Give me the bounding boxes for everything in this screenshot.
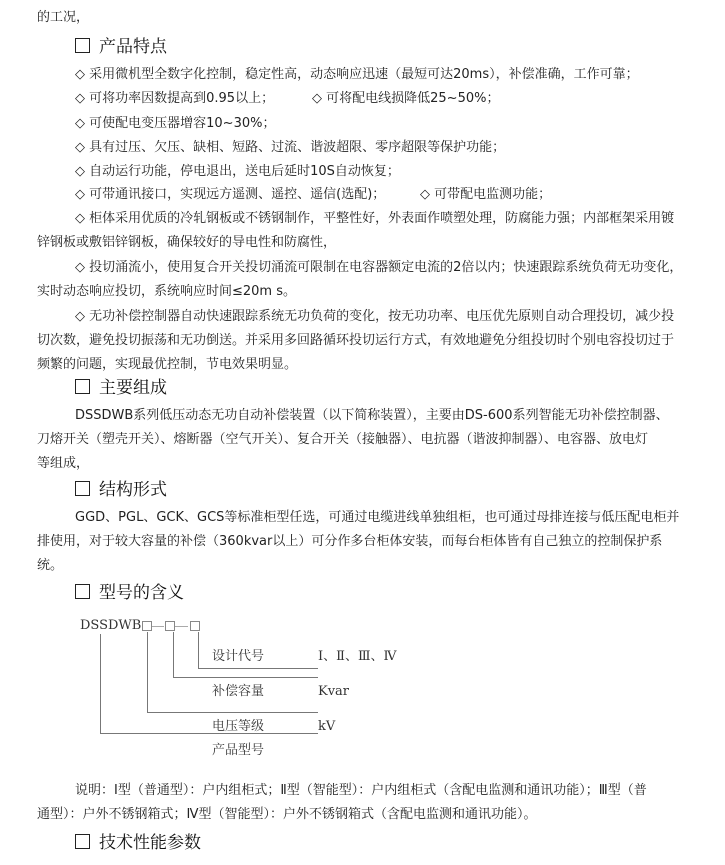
leader-line-capacity: [173, 632, 174, 677]
diagram-value: Kvar: [318, 684, 349, 700]
model-note: 说明：Ⅰ型（普通型）：户内组柜式；Ⅱ型（智能型）：户内组柜式（含配电监测和通讯功…: [75, 783, 647, 799]
diagram-label: 设计代号: [212, 649, 264, 665]
model-prefix: DSSDWB-: [80, 618, 146, 634]
diagram-value: kV: [318, 719, 335, 735]
composition-text: DSSDWB系列低压动态无功自动补偿装置（以下简称装置），主要由DS-600系列…: [75, 408, 669, 424]
feature-item-continued: 锌钢板或敷铝锌钢板，确保较好的导电性和防腐性，: [37, 235, 336, 251]
feature-item-continued: 频繁的问题，实现最优控制，节电效果明显。: [37, 357, 297, 373]
feature-item: ◇ 无功补偿控制器自动快速跟踪系统无功负荷的变化，按无功功率、电压优先原则自动合…: [75, 309, 674, 325]
feature-item-continued: 实时动态响应投切，系统响应时间≤20m s。: [37, 284, 296, 300]
section-heading-features: 产品特点: [75, 37, 167, 57]
model-slot-voltage: [142, 621, 152, 631]
structure-text: GGD、PGL、GCK、GCS等标准柜型任选，可通过电缆进线单独组柜，也可通过母…: [75, 510, 679, 526]
connector-line: [175, 626, 188, 627]
section-heading-composition: 主要组成: [75, 378, 167, 398]
feature-item: ◇ 可将配电线损降低25~50%；: [312, 91, 499, 107]
diagram-label: 产品型号: [212, 743, 264, 759]
leader-line-product: [100, 634, 101, 734]
leader-line-capacity: [173, 677, 318, 678]
checkbox-square-icon: [75, 584, 90, 599]
diagram-label: 补偿容量: [212, 684, 264, 700]
feature-item: ◇ 投切涌流小，使用复合开关投切涌流可限制在电容器额定电流的2倍以内；快速跟踪系…: [75, 260, 682, 276]
structure-text: 统。: [37, 558, 63, 574]
intro-tail-text: 的工况，: [37, 10, 89, 26]
feature-item: ◇ 可使配电变压器增容10~30%；: [75, 116, 275, 132]
feature-item: ◇ 自动运行功能，停电退出，送电后延时10S自动恢复；: [75, 164, 400, 180]
diagram-value: Ⅰ、Ⅱ、Ⅲ、Ⅳ: [318, 649, 397, 665]
model-note: 通型）：户外不锈钢箱式；Ⅳ型（智能型）：户外不锈钢箱式（含配电监测和通讯功能）。: [37, 807, 537, 823]
leader-line-voltage: [147, 632, 148, 713]
section-heading-tech: 技术性能参数: [75, 833, 201, 853]
feature-item-continued: 切次数，避免投切振荡和无功倒送。并采用多回路循环投切运行方式，有效地避免分组投切…: [37, 333, 674, 349]
feature-item: ◇ 可带配电监测功能；: [420, 187, 551, 203]
structure-text: 排使用，对于较大容量的补偿（360kvar以上）可分作多台柜体安装，而每台柜体皆…: [37, 534, 662, 550]
checkbox-square-icon: [75, 834, 90, 849]
feature-item: ◇ 具有过压、欠压、缺相、短路、过流、谐波超限、零序超限等保护功能；: [75, 140, 505, 156]
section-heading-model: 型号的含义: [75, 583, 184, 603]
composition-text: 刀熔开关（塑壳开关）、熔断器（空气开关）、复合开关（接触器）、电抗器（谐波抑制器…: [37, 432, 648, 448]
checkbox-square-icon: [75, 481, 90, 496]
leader-line-product: [100, 733, 318, 734]
feature-item: ◇ 采用微机型全数字化控制，稳定性高，动态响应迅速（最短可达20ms），补偿准确…: [75, 67, 639, 83]
diagram-label: 电压等级: [212, 719, 264, 735]
connector-line: [152, 626, 164, 627]
checkbox-square-icon: [75, 38, 90, 53]
section-heading-structure: 结构形式: [75, 480, 167, 500]
leader-line-design: [198, 632, 199, 669]
leader-line-voltage: [147, 712, 318, 713]
checkbox-square-icon: [75, 379, 90, 394]
leader-line-design: [198, 668, 318, 669]
feature-item: ◇ 可将功率因数提高到0.95以上；: [75, 91, 274, 107]
feature-item: ◇ 柜体采用优质的冷轧钢板或不锈钢制作，平整性好，外表面作喷塑处理，防腐能力强；…: [75, 211, 674, 227]
feature-item: ◇ 可带通讯接口，实现远方遥测、遥控、遥信(选配)；: [75, 187, 385, 203]
model-slot-capacity: [165, 621, 175, 631]
composition-text: 等组成，: [37, 456, 89, 472]
model-slot-design: [190, 621, 200, 631]
